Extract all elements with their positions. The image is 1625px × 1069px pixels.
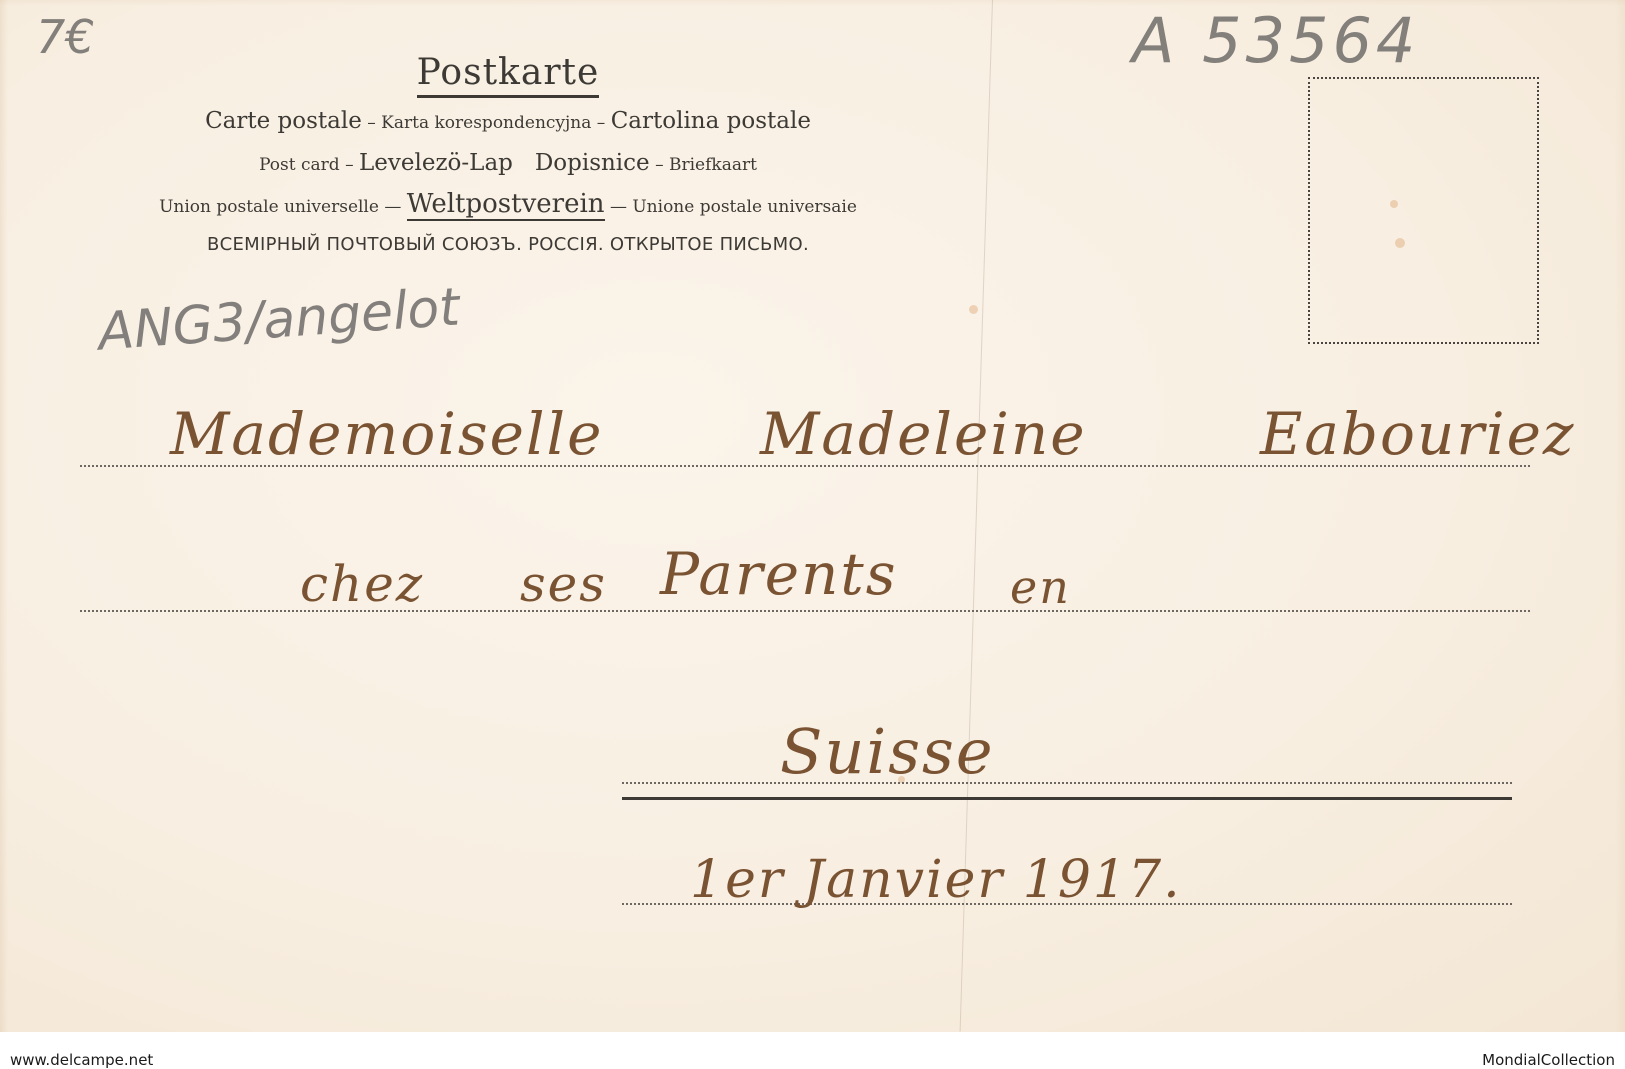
postcard-title: Postkarte [0, 52, 1016, 93]
address-first-name: Madeleine [760, 400, 1087, 468]
stamp-placeholder-box [1308, 77, 1539, 344]
footer-source-link[interactable]: www.delcampe.net [10, 1051, 153, 1069]
footer-seller-name: MondialCollection [1482, 1051, 1615, 1069]
pencil-reference-number: A 53564 [1132, 4, 1419, 77]
address-word-chez: chez [300, 555, 424, 613]
address-country: Suisse [780, 715, 995, 788]
address-line-2 [80, 610, 1530, 612]
printed-languages-line-1: Carte postale – Karta korespondencyjna –… [0, 108, 1016, 134]
address-word-ses: ses [520, 555, 607, 613]
postcard-back: Postkarte Carte postale – Karta korespon… [0, 0, 1625, 1032]
address-word-en: en [1010, 560, 1071, 614]
address-word-parents: Parents [660, 540, 897, 608]
address-salutation: Mademoiselle [170, 400, 603, 468]
printed-languages-line-2: Post card – Levelezö-Lap Dopisnice – Bri… [0, 150, 1016, 176]
foxing-spot [969, 305, 978, 314]
pencil-category-note: ANG3/angelot [96, 277, 461, 362]
handwritten-date: 1er Janvier 1917. [690, 850, 1182, 910]
printed-russian-line: ВСЕМІРНЫЙ ПОЧТОВЫЙ СОЮЗЪ. РОССІЯ. ОТКРЫТ… [0, 234, 1016, 255]
address-last-name: Eabouriez [1260, 400, 1575, 468]
printed-upu-line: Union postale universelle — Weltpostvere… [0, 189, 1016, 219]
pencil-price-note: 7€ [36, 10, 95, 64]
address-line-3-rule [622, 797, 1512, 800]
address-line-3-dotted [622, 782, 1512, 784]
